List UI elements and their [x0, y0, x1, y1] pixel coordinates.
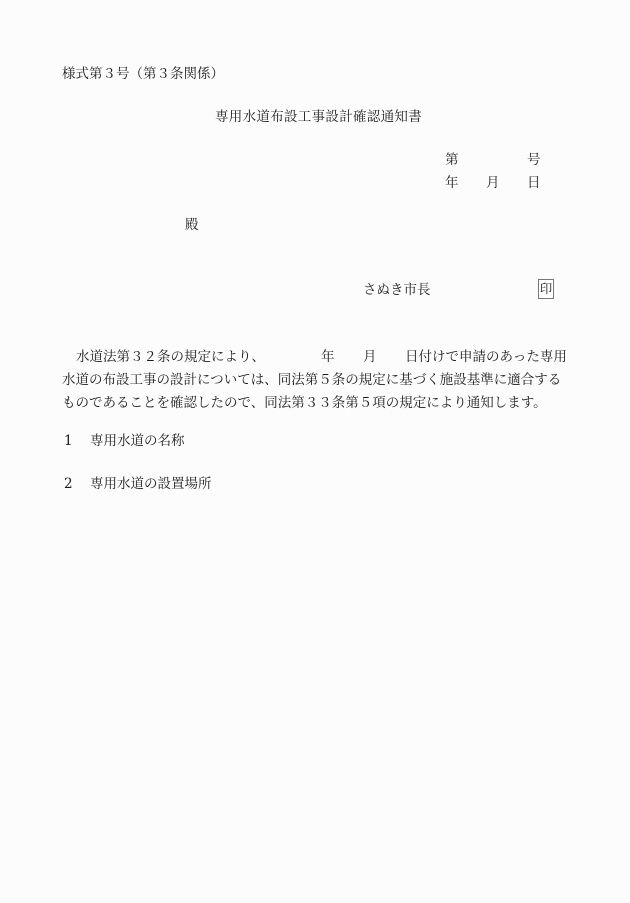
date-day: 日	[527, 175, 541, 191]
item-label: 専用水道の名称	[90, 433, 185, 449]
form-label: 様式第３号（第３条関係）	[62, 66, 224, 82]
item-water-supply-location: 2専用水道の設置場所	[64, 476, 212, 492]
date-year: 年	[445, 175, 459, 191]
issuer-name: さぬき市長	[363, 282, 431, 298]
item-number: 2	[64, 476, 90, 492]
body-line-3: ものであることを確認したので、同法第３３条第５項の規定により通知します。	[62, 392, 582, 415]
addressee-honorific: 殿	[185, 217, 199, 233]
item-number: 1	[64, 433, 90, 449]
body-line-1-rest: 日付けで申請のあった専用	[405, 346, 567, 369]
seal-stamp: 印	[538, 279, 554, 299]
body-line-1-year: 年	[321, 346, 335, 369]
body-line-1: 水道法第３２条の規定により、 年 月 日付けで申請のあった専用	[62, 346, 582, 369]
body-line-2: 水道の布設工事の設計については、同法第５条の規定に基づく施設基準に適合する	[62, 369, 582, 392]
number-suffix: 号	[527, 152, 541, 168]
body-paragraph: 水道法第３２条の規定により、 年 月 日付けで申請のあった専用 水道の布設工事の…	[62, 346, 582, 415]
item-label: 専用水道の設置場所	[90, 476, 212, 492]
document-title: 専用水道布設工事設計確認通知書	[215, 109, 422, 125]
number-prefix: 第	[445, 152, 459, 168]
body-line-1-lead: 水道法第３２条の規定により、	[76, 346, 265, 369]
document-page: 様式第３号（第３条関係） 専用水道布設工事設計確認通知書 第 号 年 月 日 殿…	[0, 0, 630, 903]
date-month: 月	[486, 175, 500, 191]
body-line-1-month: 月	[363, 346, 377, 369]
item-water-supply-name: 1専用水道の名称	[64, 433, 185, 449]
